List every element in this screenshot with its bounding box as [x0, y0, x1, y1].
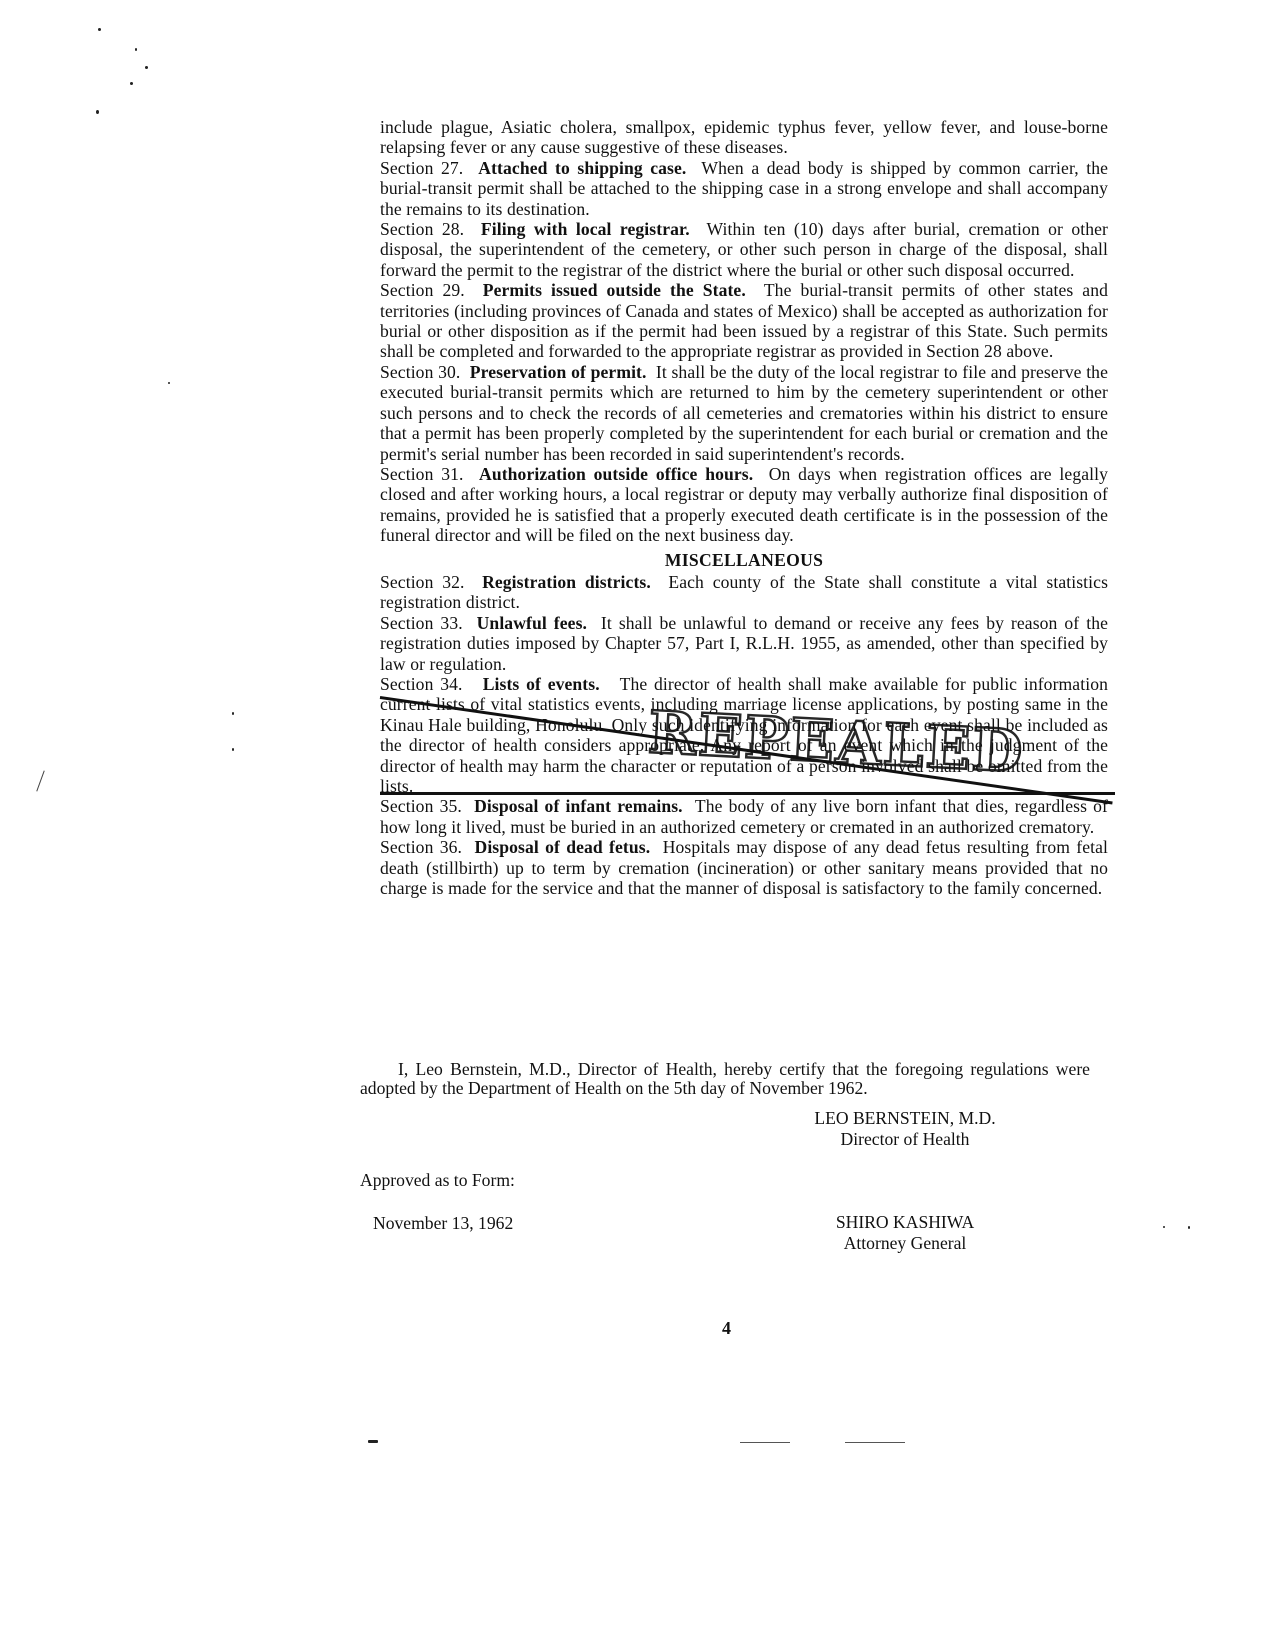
scan-speck: [1188, 1226, 1190, 1229]
section-title: Disposal of dead fetus.: [475, 837, 651, 857]
section-number: Section 28.: [380, 219, 464, 239]
body-text-upper: include plague, Asiatic cholera, smallpo…: [380, 117, 1108, 898]
scan-speck: [232, 748, 234, 751]
scan-speck: [232, 712, 234, 715]
section-number: Section 27.: [380, 158, 463, 178]
document-page: include plague, Asiatic cholera, smallpo…: [0, 0, 1275, 1651]
section-number: Section 32.: [380, 572, 465, 592]
scan-speck: [98, 28, 101, 31]
section-number: Section 30.: [380, 362, 460, 382]
strike-line-bottom: [380, 792, 1115, 795]
section-number: Section 35.: [380, 796, 462, 816]
section-number: Section 29.: [380, 280, 465, 300]
scan-speck: [96, 110, 99, 114]
section-paragraph: Section 30. Preservation of permit. It s…: [380, 362, 1108, 464]
sections-group-b: Section 32. Registration districts. Each…: [380, 572, 1108, 674]
signature-attorney-general: SHIRO KASHIWA Attorney General: [780, 1212, 1030, 1254]
section-title: Unlawful fees.: [477, 613, 587, 633]
signatory-title: Director of Health: [780, 1129, 1030, 1150]
signatory-name: LEO BERNSTEIN, M.D.: [780, 1108, 1030, 1129]
scan-dash: [845, 1442, 905, 1443]
section-title: Authorization outside office hours.: [479, 464, 753, 484]
section-number: Section 36.: [380, 837, 462, 857]
section-paragraph: Section 28. Filing with local registrar.…: [380, 219, 1108, 280]
section-title: Disposal of infant remains.: [474, 796, 683, 816]
section-title: Permits issued outside the State.: [483, 280, 746, 300]
section-paragraph: Section 34. Lists of events. The directo…: [380, 674, 1108, 796]
continuation-paragraph: include plague, Asiatic cholera, smallpo…: [380, 117, 1108, 158]
scan-dash: [740, 1442, 790, 1443]
sections-group-a: Section 27. Attached to shipping case. W…: [380, 158, 1108, 546]
section-number: Section 31.: [380, 464, 464, 484]
scan-speck: [130, 82, 133, 85]
misc-heading: MISCELLANEOUS: [380, 550, 1108, 570]
signatory-name: SHIRO KASHIWA: [780, 1212, 1030, 1233]
approved-date: November 13, 1962: [373, 1213, 513, 1234]
section-title: Filing with local registrar.: [481, 219, 690, 239]
section-title: Lists of events.: [483, 674, 600, 694]
section-paragraph: Section 33. Unlawful fees. It shall be u…: [380, 613, 1108, 674]
section-paragraph: Section 32. Registration districts. Each…: [380, 572, 1108, 613]
section-34-repealed: Section 34. Lists of events. The directo…: [380, 674, 1108, 796]
section-title: Registration districts.: [482, 572, 651, 592]
section-title: Attached to shipping case.: [478, 158, 686, 178]
section-paragraph: Section 27. Attached to shipping case. W…: [380, 158, 1108, 219]
section-title: Preservation of permit.: [470, 362, 647, 382]
scan-speck: [168, 382, 170, 384]
scan-speck: [368, 1440, 378, 1443]
section-paragraph: Section 35. Disposal of infant remains. …: [380, 796, 1108, 837]
section-paragraph: Section 36. Disposal of dead fetus. Hosp…: [380, 837, 1108, 898]
signature-director: LEO BERNSTEIN, M.D. Director of Health: [780, 1108, 1030, 1150]
section-paragraph: Section 29. Permits issued outside the S…: [380, 280, 1108, 362]
page-number: 4: [722, 1318, 731, 1339]
scan-speck: [145, 66, 148, 69]
certification-paragraph: I, Leo Bernstein, M.D., Director of Heal…: [360, 1060, 1090, 1098]
scan-speck: [36, 770, 44, 791]
sections-group-c: Section 35. Disposal of infant remains. …: [380, 796, 1108, 898]
section-number: Section 33.: [380, 613, 463, 633]
scan-speck: [1163, 1226, 1165, 1228]
scan-speck: [135, 48, 137, 51]
section-paragraph: Section 31. Authorization outside office…: [380, 464, 1108, 546]
section-number: Section 34.: [380, 674, 463, 694]
signatory-title: Attorney General: [780, 1233, 1030, 1254]
approved-label: Approved as to Form:: [360, 1170, 515, 1191]
